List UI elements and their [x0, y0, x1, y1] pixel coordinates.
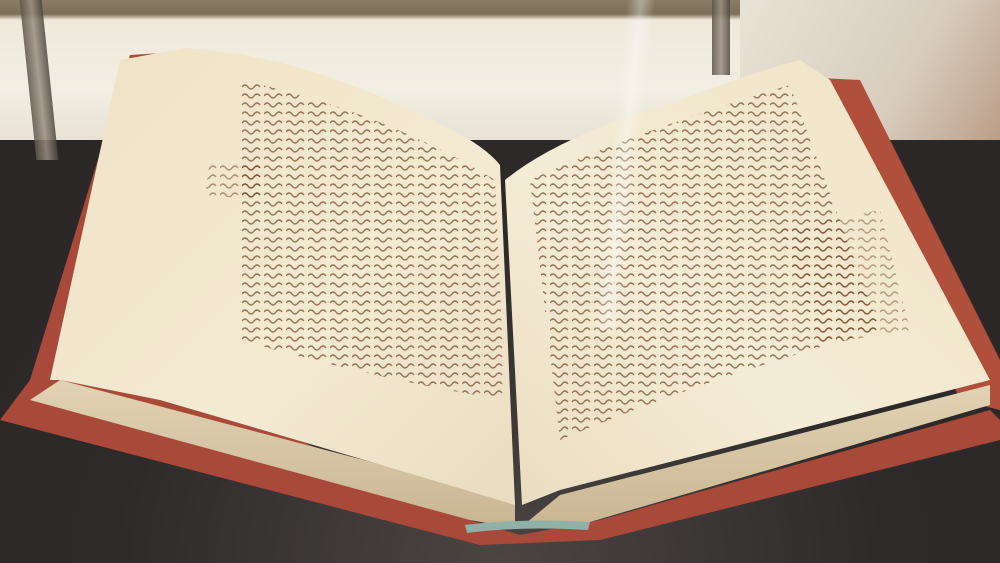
open-book — [0, 0, 1000, 563]
display-case-scene — [0, 0, 1000, 563]
case-post-right — [712, 0, 730, 75]
